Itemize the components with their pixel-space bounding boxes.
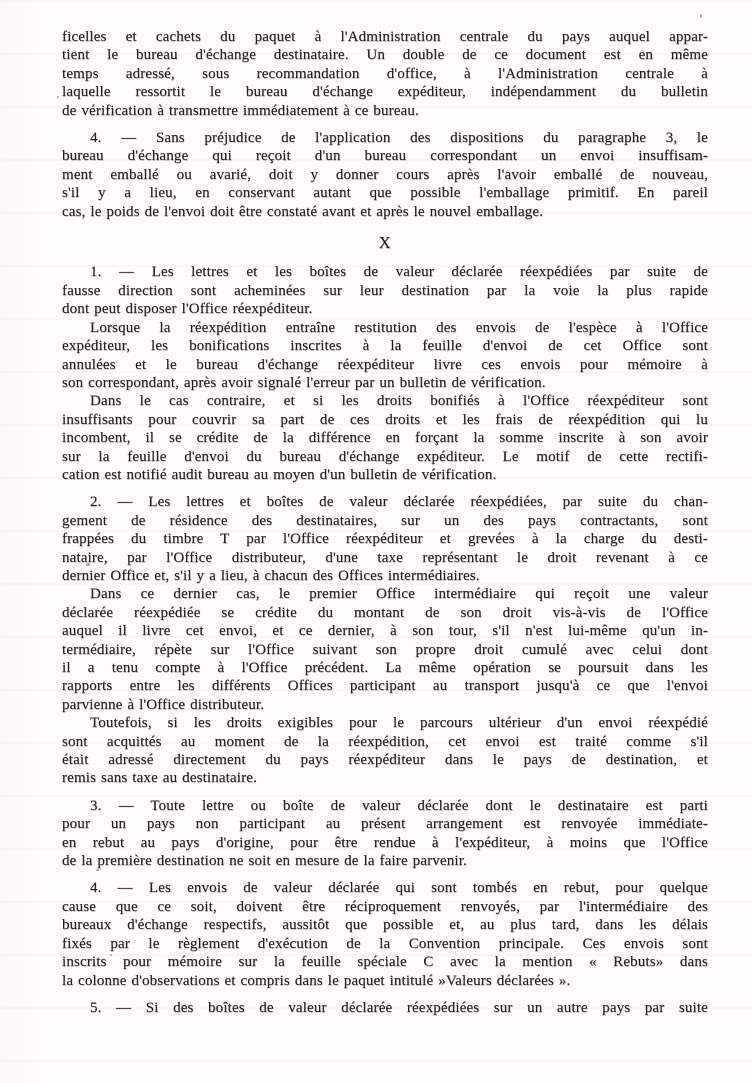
scan-speck	[86, 563, 90, 566]
text-line: temps adressé, sous recommandation d'off…	[62, 65, 708, 83]
para-x-3: 3. — Toute lettre ou boîte de valeur déc…	[62, 797, 708, 871]
text-line: ment emballé ou avarié, doit y donner co…	[62, 166, 708, 184]
text-line: fixés par le règlement d'exécution de la…	[62, 935, 708, 953]
text-line: termédiaire, répète sur l'Office suivant…	[62, 641, 708, 659]
text-line: la colonne d'observations et compris dan…	[62, 972, 708, 990]
scanned-page: ficelles et cachets du paquet à l'Admini…	[0, 0, 752, 1083]
text-line: Dans ce dernier cas, le premier Office i…	[62, 585, 708, 603]
text-line: 2. — Les lettres et boîtes de valeur déc…	[62, 493, 708, 511]
para-x-1c: Dans le cas contraire, et si les droits …	[62, 392, 708, 484]
text-line: tient le bureau d'échange destinataire. …	[62, 46, 708, 64]
para-4-prev-section: 4. — Sans préjudice de l'application des…	[62, 129, 708, 221]
section-heading-x: X	[62, 234, 708, 252]
text-line: laquelle ressortit le bureau d'échange e…	[62, 83, 708, 101]
text-line: Lorsque la réexpédition entraîne restitu…	[62, 319, 708, 337]
text-line: pour un pays non participant au présent …	[62, 815, 708, 833]
text-line: sont acquittés au moment de la réexpédit…	[62, 733, 708, 751]
text-line: dernier Office et, s'il y a lieu, à chac…	[62, 567, 708, 585]
para-x-4: 4. — Les envois de valeur déclarée qui s…	[62, 879, 708, 989]
text-line: parvienne à l'Office distributeur.	[62, 696, 708, 714]
text-line: insuffisants pour couvrir sa part de ces…	[62, 411, 708, 429]
text-line: rapports entre les différents Offices pa…	[62, 677, 708, 695]
text-line: 5. — Si des boîtes de valeur déclarée ré…	[62, 999, 708, 1017]
text-line: annulées et le bureau d'échange réexpédi…	[62, 356, 708, 374]
scan-speck	[700, 14, 702, 18]
text-line: son correspondant, après avoir signalé l…	[62, 374, 708, 392]
para-x-2c: Toutefois, si les droits exigibles pour …	[62, 714, 708, 788]
text-line: ficelles et cachets du paquet à l'Admini…	[62, 28, 708, 46]
text-line: déclarée réexpédiée se crédite du montan…	[62, 604, 708, 622]
text-line: 4. — Sans préjudice de l'application des…	[62, 129, 708, 147]
text-line: Dans le cas contraire, et si les droits …	[62, 392, 708, 410]
text-line: gement de résidence des destinataires, s…	[62, 512, 708, 530]
text-line: de la première destination ne soit en me…	[62, 852, 708, 870]
text-line: bureaux d'échange respectifs, aussitôt q…	[62, 916, 708, 934]
text-line: en rebut au pays d'origine, pour être re…	[62, 834, 708, 852]
text-line: fausse direction sont acheminées sur leu…	[62, 282, 708, 300]
text-block: ficelles et cachets du paquet à l'Admini…	[62, 28, 708, 1017]
para-continuation: ficelles et cachets du paquet à l'Admini…	[62, 28, 708, 120]
text-line: il a tenu compte à l'Office précédent. L…	[62, 659, 708, 677]
scan-speck	[96, 869, 99, 871]
para-x-2b: Dans ce dernier cas, le premier Office i…	[62, 585, 708, 714]
text-line: incombent, il se crédite de la différenc…	[62, 429, 708, 447]
text-line: cation est notifié audit bureau au moyen…	[62, 466, 708, 484]
text-line: auquel il livre cet envoi, et ce dernier…	[62, 622, 708, 640]
text-line: frappées du timbre T par l'Office réexpé…	[62, 530, 708, 548]
text-line: 1. — Les lettres et les boîtes de valeur…	[62, 263, 708, 281]
text-line: nataire, par l'Office distributeur, d'un…	[62, 549, 708, 567]
text-line: cas, le poids de l'envoi doit être const…	[62, 203, 708, 221]
text-line: Toutefois, si les droits exigibles pour …	[62, 714, 708, 732]
text-line: dont peut disposer l'Office réexpéditeur…	[62, 300, 708, 318]
text-line: sur la feuille d'envoi du bureau d'échan…	[62, 448, 708, 466]
para-x-1b: Lorsque la réexpédition entraîne restitu…	[62, 319, 708, 393]
text-line: remis sans taxe au destinataire.	[62, 769, 708, 787]
text-line: de vérification à transmettre immédiatem…	[62, 102, 708, 120]
text-line: 4. — Les envois de valeur déclarée qui s…	[62, 879, 708, 897]
scan-speck	[110, 954, 112, 956]
text-line: s'il y a lieu, en conservant autant que …	[62, 184, 708, 202]
para-x-5: 5. — Si des boîtes de valeur déclarée ré…	[62, 999, 708, 1017]
para-x-1: 1. — Les lettres et les boîtes de valeur…	[62, 263, 708, 318]
text-line: était adressé directement du pays réexpé…	[62, 751, 708, 769]
para-x-2: 2. — Les lettres et boîtes de valeur déc…	[62, 493, 708, 585]
text-line: expéditeur, les bonifications inscrites …	[62, 337, 708, 355]
text-line: bureau d'échange qui reçoit d'un bureau …	[62, 147, 708, 165]
text-line: 3. — Toute lettre ou boîte de valeur déc…	[62, 797, 708, 815]
document-content: ficelles et cachets du paquet à l'Admini…	[62, 28, 708, 1017]
scan-speck	[100, 846, 102, 848]
text-line: inscrits pour mémoire sur la feuille spé…	[62, 953, 708, 971]
text-line: cause que ce soit, doivent être réciproq…	[62, 898, 708, 916]
scan-speck	[57, 96, 59, 98]
